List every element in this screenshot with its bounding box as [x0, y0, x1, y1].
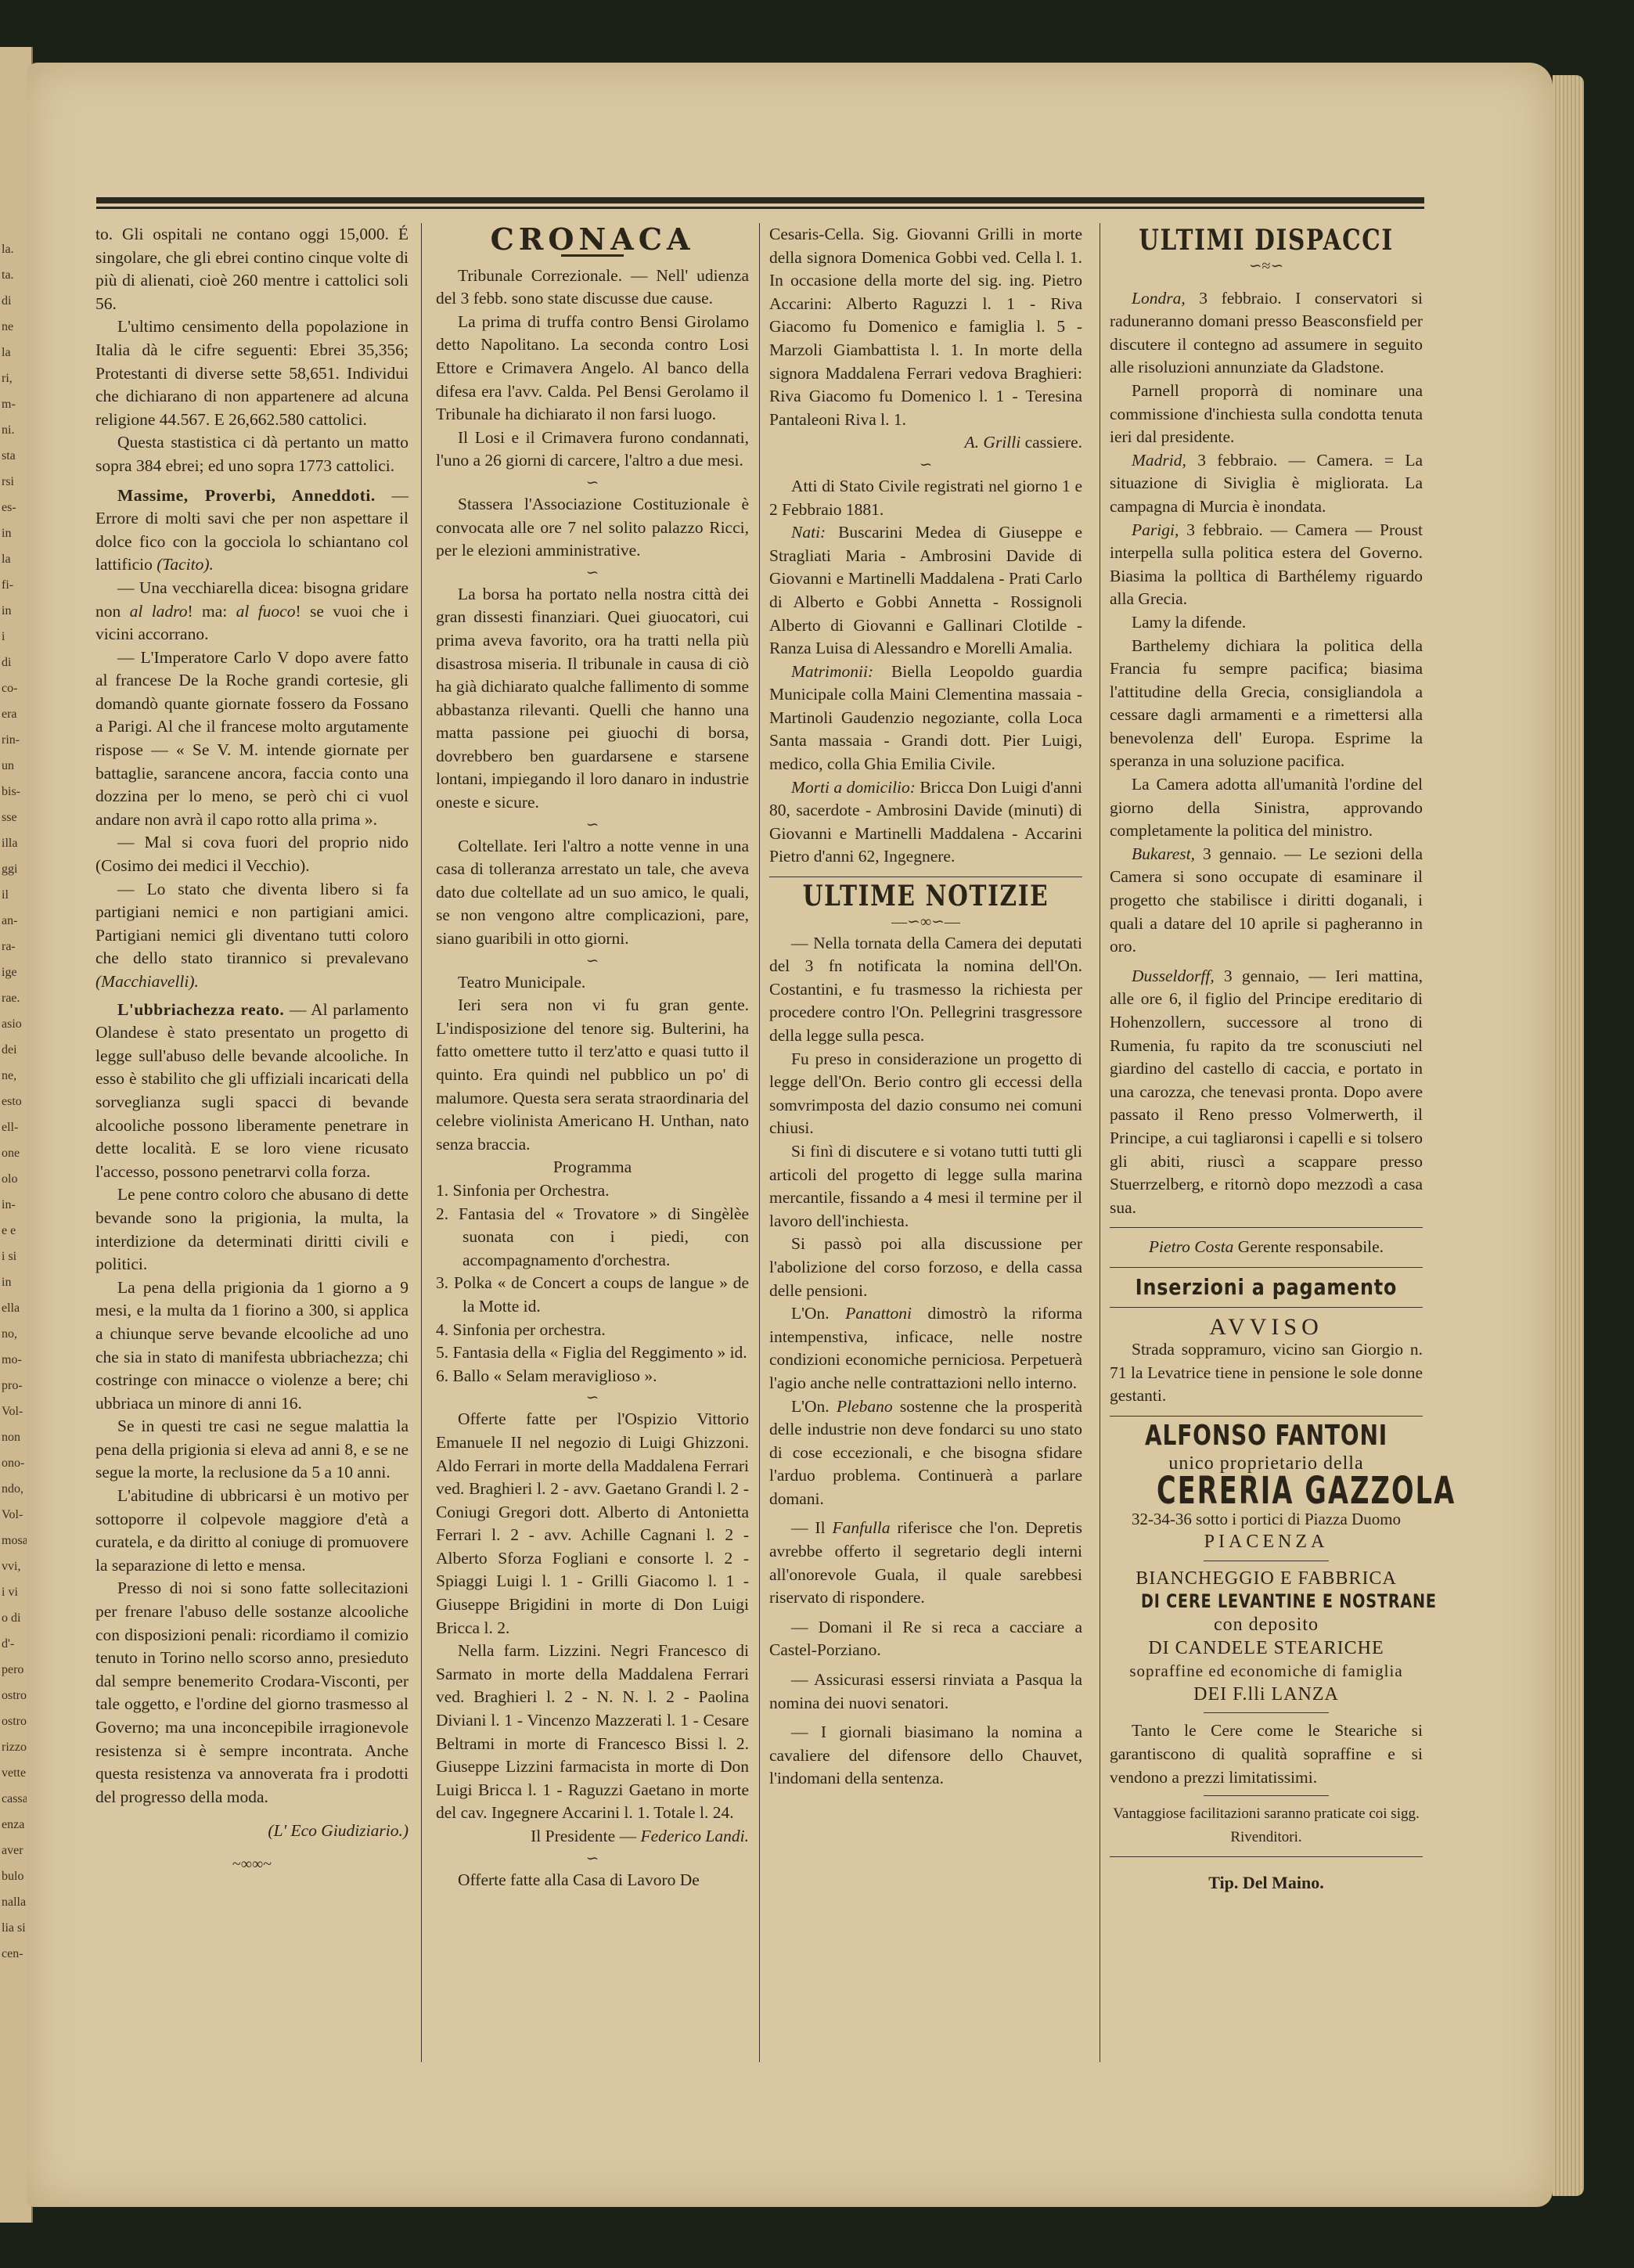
- previous-page-fragment: un: [2, 759, 14, 773]
- ornament-divider: ∽: [436, 1849, 749, 1869]
- previous-page-fragment: ige: [2, 966, 17, 980]
- column-1: to. Gli ospitali ne contano oggi 15,000.…: [95, 223, 408, 1874]
- section-title-ultimi-dispacci: ULTIMI DISPACCI: [1138, 229, 1395, 253]
- section-heading: Massime, Proverbi, Anneddoti.: [117, 486, 376, 505]
- column-4: ULTIMI DISPACCI ∽≈∽ Londra, 3 febbraio. …: [1110, 223, 1423, 1895]
- previous-page-fragment: enza: [2, 1818, 24, 1832]
- previous-page-fragment: in-: [2, 1198, 16, 1212]
- previous-page-fragment: cassa: [2, 1792, 28, 1806]
- previous-page-fragment: pero: [2, 1663, 23, 1677]
- dispatch: Barthelemy dichiara la politica della Fr…: [1110, 635, 1423, 774]
- previous-page-fragment: Vol-: [2, 1508, 23, 1522]
- previous-page-fragment: vette: [2, 1766, 26, 1780]
- avviso-title: AVVISO: [1110, 1316, 1423, 1339]
- short-rule: [1204, 1561, 1329, 1561]
- previous-page-fragment: i vi: [2, 1586, 18, 1600]
- dispatch: Parnell proporrà di nominare una commiss…: [1110, 380, 1423, 449]
- paragraph: — I giornali biasimano la nomina a caval…: [769, 1721, 1082, 1791]
- previous-page-fragment: ostro: [2, 1715, 27, 1729]
- ad-line: DI CERE LEVANTINE E NOSTRANE: [1141, 1590, 1391, 1614]
- previous-page-fragment: di: [2, 656, 11, 670]
- signature: Il Presidente — Federico Landi.: [436, 1825, 749, 1849]
- previous-page-fragment: nalla: [2, 1895, 26, 1910]
- gerente-line: Pietro Costa Gerente responsabile.: [1110, 1236, 1423, 1259]
- book-edge: [1553, 75, 1584, 2196]
- previous-page-fragment: la.: [2, 243, 14, 257]
- previous-page-fragment: era: [2, 707, 17, 722]
- previous-page-fragment: i si: [2, 1250, 16, 1264]
- previous-page-fragment: esto: [2, 1095, 22, 1109]
- previous-page-fragment: ne,: [2, 1069, 16, 1083]
- previous-page-fragment: es-: [2, 501, 16, 515]
- paragraph: — Domani il Re si reca a cacciare a Cast…: [769, 1616, 1082, 1662]
- ornament-divider: ∽: [769, 455, 1082, 475]
- previous-page-fragment: cen-: [2, 1947, 23, 1961]
- paragraph: — Il Fanfulla riferisce che l'on. Depret…: [769, 1517, 1082, 1609]
- previous-page-fragment: di: [2, 294, 11, 308]
- dispatch: Parigi, 3 febbraio. — Camera — Proust in…: [1110, 519, 1423, 611]
- program-item: 6. Ballo « Selam meraviglioso ».: [436, 1365, 749, 1388]
- previous-page-fragment: bis-: [2, 785, 20, 799]
- previous-page-fragment: d'-: [2, 1637, 14, 1651]
- section-separator: [1110, 1416, 1423, 1417]
- paragraph: Il Losi e il Crimavera furono condannati…: [436, 427, 749, 473]
- previous-page-fragment: e e: [2, 1224, 16, 1238]
- program-item: 5. Fantasia della « Figlia del Reggiment…: [436, 1341, 749, 1365]
- paragraph: Matrimonii: Biella Leopoldo guardia Muni…: [769, 661, 1082, 776]
- paragraph: Nella farm. Lizzini. Negri Francesco di …: [436, 1640, 749, 1825]
- ornament-divider: ∽: [436, 563, 749, 583]
- previous-page-fragment: in: [2, 527, 11, 541]
- ad-line: DI CANDELE STEARICHE: [1110, 1637, 1423, 1661]
- previous-page-fragment: ggi: [2, 862, 17, 877]
- previous-page-fragment: fi-: [2, 578, 13, 592]
- previous-page-fragment: rsi: [2, 475, 14, 489]
- ad-line: sopraffine ed economiche di famiglia: [1110, 1660, 1423, 1683]
- paragraph: La prima di truffa contro Bensi Girolamo…: [436, 311, 749, 427]
- column-2: CRONACA Tribunale Correzionale. — Nell' …: [436, 223, 749, 1892]
- ad-line: DEI F.lli LANZA: [1110, 1683, 1423, 1707]
- previous-page-fragment: bulo: [2, 1870, 23, 1884]
- paragraph: La borsa ha portato nella nostra città d…: [436, 583, 749, 815]
- paragraph: Le pene contro coloro che abusano di det…: [95, 1183, 408, 1276]
- section-separator: [1110, 1227, 1423, 1228]
- paragraph: Si passò poi alla discussione per l'abol…: [769, 1233, 1082, 1302]
- paragraph: Ieri sera non vi fu gran gente. L'indisp…: [436, 994, 749, 1156]
- dispatch: Dusseldorff, 3 gennaio, — Ieri mattina, …: [1110, 965, 1423, 1220]
- program-title: Programma: [436, 1156, 749, 1179]
- previous-page-fragment: an-: [2, 914, 17, 928]
- previous-page-fragment: in: [2, 604, 11, 618]
- previous-page-fragment: ra-: [2, 940, 16, 954]
- previous-page-fragment: no,: [2, 1327, 17, 1341]
- paragraph: — Lo stato che diventa libero si fa part…: [95, 878, 408, 994]
- paragraph: Teatro Municipale.: [436, 971, 749, 995]
- paragraph: — Una vecchiarella dicea: bisogna gridar…: [95, 577, 408, 646]
- previous-page-fragment: m-: [2, 398, 16, 412]
- paragraph: Offerte fatte alla Casa di Lavoro De: [436, 1869, 749, 1892]
- previous-page-fragment: sta: [2, 449, 16, 463]
- previous-page-fragment: non: [2, 1431, 20, 1445]
- ad-firm: CERERIA GAZZOLA: [1157, 1480, 1376, 1503]
- dispatch: Londra, 3 febbraio. I conservatori si ra…: [1110, 287, 1423, 380]
- paragraph: L'ultimo censimento della popolazione in…: [95, 315, 408, 431]
- dispatch: Madrid, 3 febbraio. — Camera. = La situa…: [1110, 449, 1423, 519]
- ad-line: BIANCHEGGIO E FABBRICA: [1110, 1568, 1423, 1591]
- header-rule-thin: [96, 207, 1424, 209]
- section-separator: [1110, 1307, 1423, 1308]
- previous-page-fragment: ni.: [2, 423, 14, 437]
- paragraph: — Nella tornata della Camera dei deputat…: [769, 932, 1082, 1048]
- previous-page-fragment: asio: [2, 1017, 22, 1031]
- paragraph: L'On. Plebano sostenne che la prosperità…: [769, 1395, 1082, 1511]
- ad-name: ALFONSO FANTONI: [1144, 1424, 1388, 1448]
- paragraph: — Assicurasi essersi rinviata a Pasqua l…: [769, 1669, 1082, 1715]
- paragraph: Offerte fatte per l'Ospizio Vittorio Ema…: [436, 1408, 749, 1640]
- ornament-divider: ~∞∞~: [95, 1854, 408, 1874]
- dispatch: Lamy la difende.: [1110, 611, 1423, 635]
- paragraph: La pena della prigionia da 1 giorno a 9 …: [95, 1276, 408, 1416]
- previous-page-fragment: la: [2, 346, 11, 360]
- ornament-divider: —∽∞∽—: [769, 912, 1082, 932]
- program-item: 2. Fantasia del « Trovatore » di Singèlè…: [436, 1203, 749, 1273]
- previous-page-fragment: la: [2, 553, 11, 567]
- paragraph: Presso di noi si sono fatte sollecitazio…: [95, 1577, 408, 1809]
- previous-page-fragment: pro-: [2, 1379, 23, 1393]
- paragraph: Nati: Buscarini Medea di Giuseppe e Stra…: [769, 521, 1082, 661]
- previous-page-fragment: olo: [2, 1172, 17, 1186]
- previous-page-fragment: Vol-: [2, 1405, 23, 1419]
- short-rule: [1204, 1795, 1329, 1796]
- previous-page-fragment: lia si: [2, 1921, 26, 1935]
- ornament-divider: ∽: [436, 815, 749, 835]
- paragraph: Fu preso in considerazione un progetto d…: [769, 1048, 1082, 1140]
- previous-page-fragment: vvi,: [2, 1560, 20, 1574]
- section-heading: L'ubbriachezza reato.: [117, 1000, 284, 1019]
- paragraph: — L'Imperatore Carlo V dopo avere fatto …: [95, 646, 408, 832]
- ornament-divider: ∽: [436, 473, 749, 493]
- previous-page-fragment: ndo,: [2, 1482, 23, 1496]
- inserzioni-heading: Inserzioni a pagamento: [1133, 1276, 1399, 1299]
- paragraph: L'On. Panattoni dimostrò la riforma inte…: [769, 1302, 1082, 1395]
- previous-page-fragment: one: [2, 1147, 20, 1161]
- paragraph: Stassera l'Associazione Costituzionale è…: [436, 493, 749, 563]
- previous-page-fragment: co-: [2, 682, 17, 696]
- previous-page-fragment: mosa: [2, 1534, 28, 1548]
- paragraph: Morti a domicilio: Bricca Don Luigi d'an…: [769, 776, 1082, 869]
- ornament-divider: ∽: [436, 1388, 749, 1408]
- paragraph: Se in questi tre casi ne segue malattia …: [95, 1415, 408, 1485]
- column-divider: [1100, 223, 1100, 2062]
- source-citation: (L' Eco Giudiziario.): [95, 1820, 408, 1843]
- previous-page-fragment: illa: [2, 837, 17, 851]
- program-item: 3. Polka « de Concert a coups de langue …: [436, 1272, 749, 1318]
- section-massime: Massime, Proverbi, Anneddoti. — Errore d…: [95, 484, 408, 577]
- column-divider: [759, 223, 760, 2062]
- previous-page-fragment: dei: [2, 1043, 17, 1057]
- previous-page-fragment: rin-: [2, 733, 20, 747]
- ad-text: Tanto le Cere come le Steariche si garan…: [1110, 1719, 1423, 1789]
- previous-page-fragment: rae.: [2, 992, 20, 1006]
- previous-page-fragment: in: [2, 1276, 11, 1290]
- section-separator: [769, 877, 1082, 877]
- paragraph: Cesaris-Cella. Sig. Giovanni Grilli in m…: [769, 223, 1082, 431]
- short-rule: [1204, 1712, 1329, 1713]
- paragraph: Questa stastistica ci dà pertanto un mat…: [95, 431, 408, 477]
- program-item: 4. Sinfonia per orchestra.: [436, 1319, 749, 1342]
- paragraph: Tribunale Correzionale. — Nell' udienza …: [436, 265, 749, 311]
- program-item: 1. Sinfonia per Orchestra.: [436, 1179, 749, 1203]
- previous-page-fragment: i: [2, 630, 5, 644]
- dispatch: La Camera adotta all'umanità l'ordine de…: [1110, 773, 1423, 843]
- printer-credit: Tip. Del Maino.: [1110, 1871, 1423, 1895]
- previous-page-fragment: aver: [2, 1844, 23, 1858]
- paragraph: Coltellate. Ieri l'altro a notte venne i…: [436, 835, 749, 951]
- previous-page-fragment: ono-: [2, 1456, 24, 1471]
- column-divider: [421, 223, 422, 2062]
- previous-page-fragment: mo-: [2, 1353, 22, 1367]
- previous-page-fragment: ta.: [2, 268, 14, 283]
- dispatch: Bukarest, 3 gennaio. — Le sezioni della …: [1110, 843, 1423, 959]
- previous-page-fragment: o di: [2, 1611, 20, 1625]
- previous-page-fragment: rizzo: [2, 1741, 27, 1755]
- section-title-ultime-notizie: ULTIME NOTIZIE: [797, 885, 1054, 909]
- previous-page-fragment: ne: [2, 320, 13, 334]
- section-title-cronaca: CRONACA: [436, 228, 749, 251]
- ad-line: con deposito: [1110, 1614, 1423, 1637]
- paragraph: Atti di Stato Civile registrati nel gior…: [769, 475, 1082, 521]
- section-separator: [1110, 1856, 1423, 1857]
- paragraph: L'abitudine di ubbricarsi è un motivo pe…: [95, 1485, 408, 1577]
- previous-page-fragment: ell-: [2, 1121, 18, 1135]
- previous-page-fragment: ostro: [2, 1689, 27, 1703]
- ornament-divider: ∽: [436, 951, 749, 971]
- section-separator: [1110, 1267, 1423, 1268]
- previous-page-fragment: ri,: [2, 372, 13, 386]
- section-ubbriachezza: L'ubbriachezza reato. — Al parlamento Ol…: [95, 999, 408, 1184]
- previous-page-fragment: ella: [2, 1301, 20, 1316]
- avviso-text: Strada soppramuro, vicino san Giorgio n.…: [1110, 1338, 1423, 1408]
- paragraph: Si finì di discutere e si votano tutti t…: [769, 1140, 1082, 1233]
- ad-city: PIACENZA: [1110, 1531, 1423, 1554]
- ornament-divider: ∽≈∽: [1110, 256, 1423, 276]
- previous-page-fragment: sse: [2, 811, 17, 825]
- paragraph: to. Gli ospitali ne contano oggi 15,000.…: [95, 223, 408, 315]
- paragraph: — Mal si cova fuori del proprio nido (Co…: [95, 831, 408, 877]
- previous-page-fragment: il: [2, 888, 9, 902]
- signature: A. Grilli cassiere.: [769, 431, 1082, 455]
- column-3: Cesaris-Cella. Sig. Giovanni Grilli in m…: [769, 223, 1082, 1791]
- ad-text: Vantaggiose facilitazioni saranno pratic…: [1110, 1802, 1423, 1849]
- header-rule-thick: [96, 197, 1424, 203]
